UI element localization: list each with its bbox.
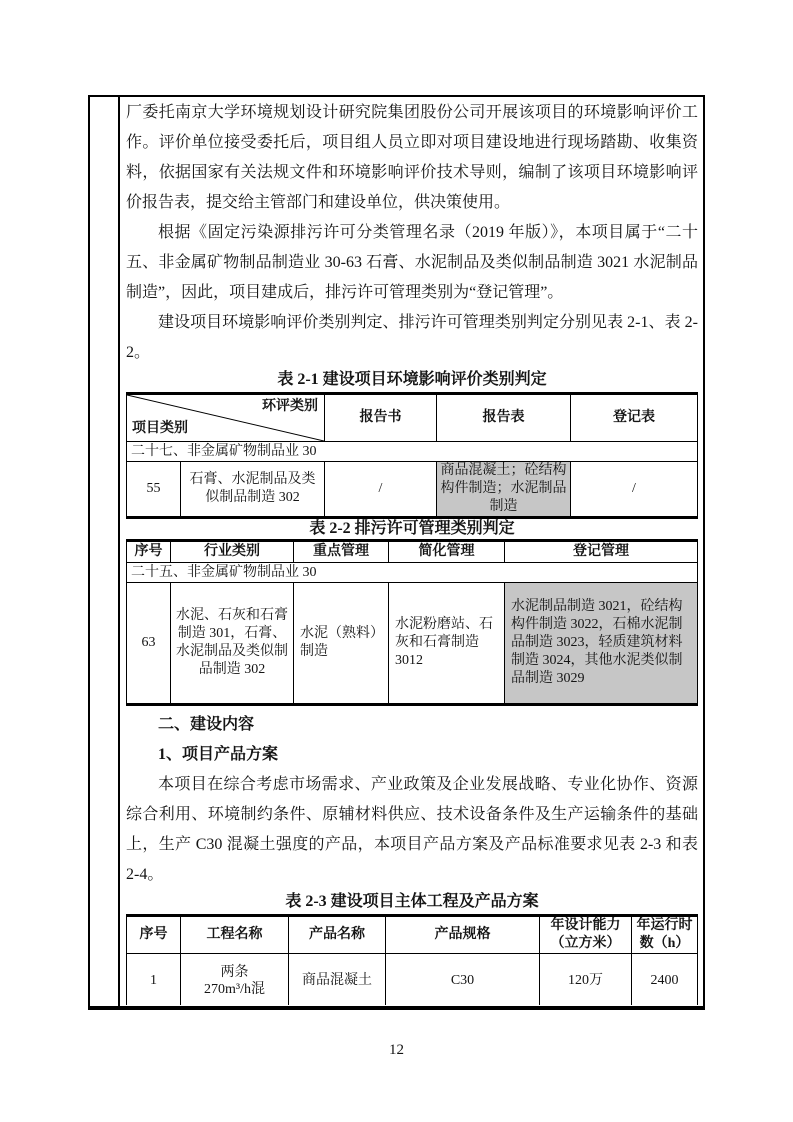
table-2-3-header-capacity: 年设计能力（立方米） — [540, 916, 632, 954]
table-2-2-header-no: 序号 — [127, 541, 171, 563]
table-2-3-header-spec: 产品规格 — [386, 916, 540, 954]
table-2-1-row-report-book: / — [325, 462, 437, 518]
table-2-1-eia-category: 环评类别 项目类别 报告书 报告表 登记表 二十七、非金属矿物制品业 30 55… — [126, 392, 698, 519]
table-2-2-category-row: 二十五、非金属矿物制品业 30 — [127, 563, 698, 583]
table-2-3-row-capacity: 120万 — [540, 954, 632, 1006]
diagonal-bottom-label: 项目类别 — [132, 420, 188, 438]
table-2-1-header-register-form: 登记表 — [571, 394, 698, 442]
table-2-3-header-hours: 年运行时数（h） — [632, 916, 698, 954]
table-2-1-header-report-form: 报告表 — [437, 394, 571, 442]
paragraph-product-plan: 本项目在综合考虑市场需求、产业政策及企业发展战略、专业化协作、资源综合利用、环境… — [126, 770, 698, 890]
project-name-line2: 270m³/h混 — [184, 981, 285, 998]
table-2-2-row-key: 水泥（熟料）制造 — [294, 583, 389, 705]
table-2-2-title: 表 2-2 排污许可管理类别判定 — [126, 519, 698, 539]
project-name-line1: 两条 — [184, 964, 285, 981]
table-2-3-row-project: 两条 270m³/h混 — [181, 954, 289, 1006]
table-2-1-category-row: 二十七、非金属矿物制品业 30 — [127, 442, 698, 462]
table-2-2-row-register-highlighted: 水泥制品制造 3021，砼结构构件制造 3022，石棉水泥制品制造 3023，轻… — [505, 583, 698, 705]
paragraph-eia-commission: 厂委托南京大学环境规划设计研究院集团股份公司开展该项目的环境影响评价工作。评价单… — [126, 98, 698, 218]
form-content-cell: 厂委托南京大学环境规划设计研究院集团股份公司开展该项目的环境影响评价工作。评价单… — [120, 97, 703, 1005]
document-page: 厂委托南京大学环境规划设计研究院集团股份公司开展该项目的环境影响评价工作。评价单… — [0, 0, 793, 1122]
table-2-1-title: 表 2-1 建设项目环境影响评价类别判定 — [126, 368, 698, 392]
table-2-2-header-simplified: 简化管理 — [389, 541, 505, 563]
table-2-2-header-register: 登记管理 — [505, 541, 698, 563]
table-2-3-title: 表 2-3 建设项目主体工程及产品方案 — [126, 890, 698, 914]
table-2-2-header-key: 重点管理 — [294, 541, 389, 563]
table-2-3-row-no: 1 — [127, 954, 181, 1006]
table-2-2-row-simplified: 水泥粉磨站、石灰和石膏制造 3012 — [389, 583, 505, 705]
table-2-2-header-industry: 行业类别 — [171, 541, 294, 563]
page-number: 12 — [0, 1042, 793, 1059]
table-2-1-header-report-book: 报告书 — [325, 394, 437, 442]
paragraph-permit-category: 根据《固定污染源排污许可分类管理名录（2019 年版）》，本项目属于“二十五、非… — [126, 218, 698, 308]
table-2-3-row-product: 商品混凝土 — [289, 954, 386, 1006]
table-2-1-row-register-form: / — [571, 462, 698, 518]
table-2-3-header-product: 产品名称 — [289, 916, 386, 954]
section-heading-construction: 二、建设内容 — [126, 710, 698, 740]
diagonal-top-label: 环评类别 — [262, 398, 318, 416]
form-outer-frame: 厂委托南京大学环境规划设计研究院集团股份公司开展该项目的环境影响评价工作。评价单… — [88, 95, 705, 1010]
table-2-1-row-no: 55 — [127, 462, 181, 518]
table-2-1-row-name: 石膏、水泥制品及类似制品制造 302 — [181, 462, 325, 518]
table-2-3-header-no: 序号 — [127, 916, 181, 954]
table-2-3-header-project: 工程名称 — [181, 916, 289, 954]
table-2-3-main-project: 序号 工程名称 产品名称 产品规格 年设计能力（立方米） 年运行时数（h） 1 … — [126, 914, 698, 1005]
table-2-2-permit-category: 序号 行业类别 重点管理 简化管理 登记管理 二十五、非金属矿物制品业 30 6… — [126, 539, 698, 706]
subsection-heading-product-plan: 1、项目产品方案 — [126, 740, 698, 770]
table-2-2-row-industry: 水泥、石灰和石膏制造 301，石膏、水泥制品及类似制品制造 302 — [171, 583, 294, 705]
table-2-1-row-report-form-highlighted: 商品混凝土；砼结构构件制造；水泥制品制造 — [437, 462, 571, 518]
table-2-3-row-hours: 2400 — [632, 954, 698, 1006]
table-2-2-row-no: 63 — [127, 583, 171, 705]
table-2-3-row-spec: C30 — [386, 954, 540, 1006]
form-left-spine-column — [90, 97, 120, 1006]
paragraph-table-reference: 建设项目环境影响评价类别判定、排污许可管理类别判定分别见表 2-1、表 2-2。 — [126, 308, 698, 368]
diagonal-header-cell: 环评类别 项目类别 — [127, 394, 325, 442]
